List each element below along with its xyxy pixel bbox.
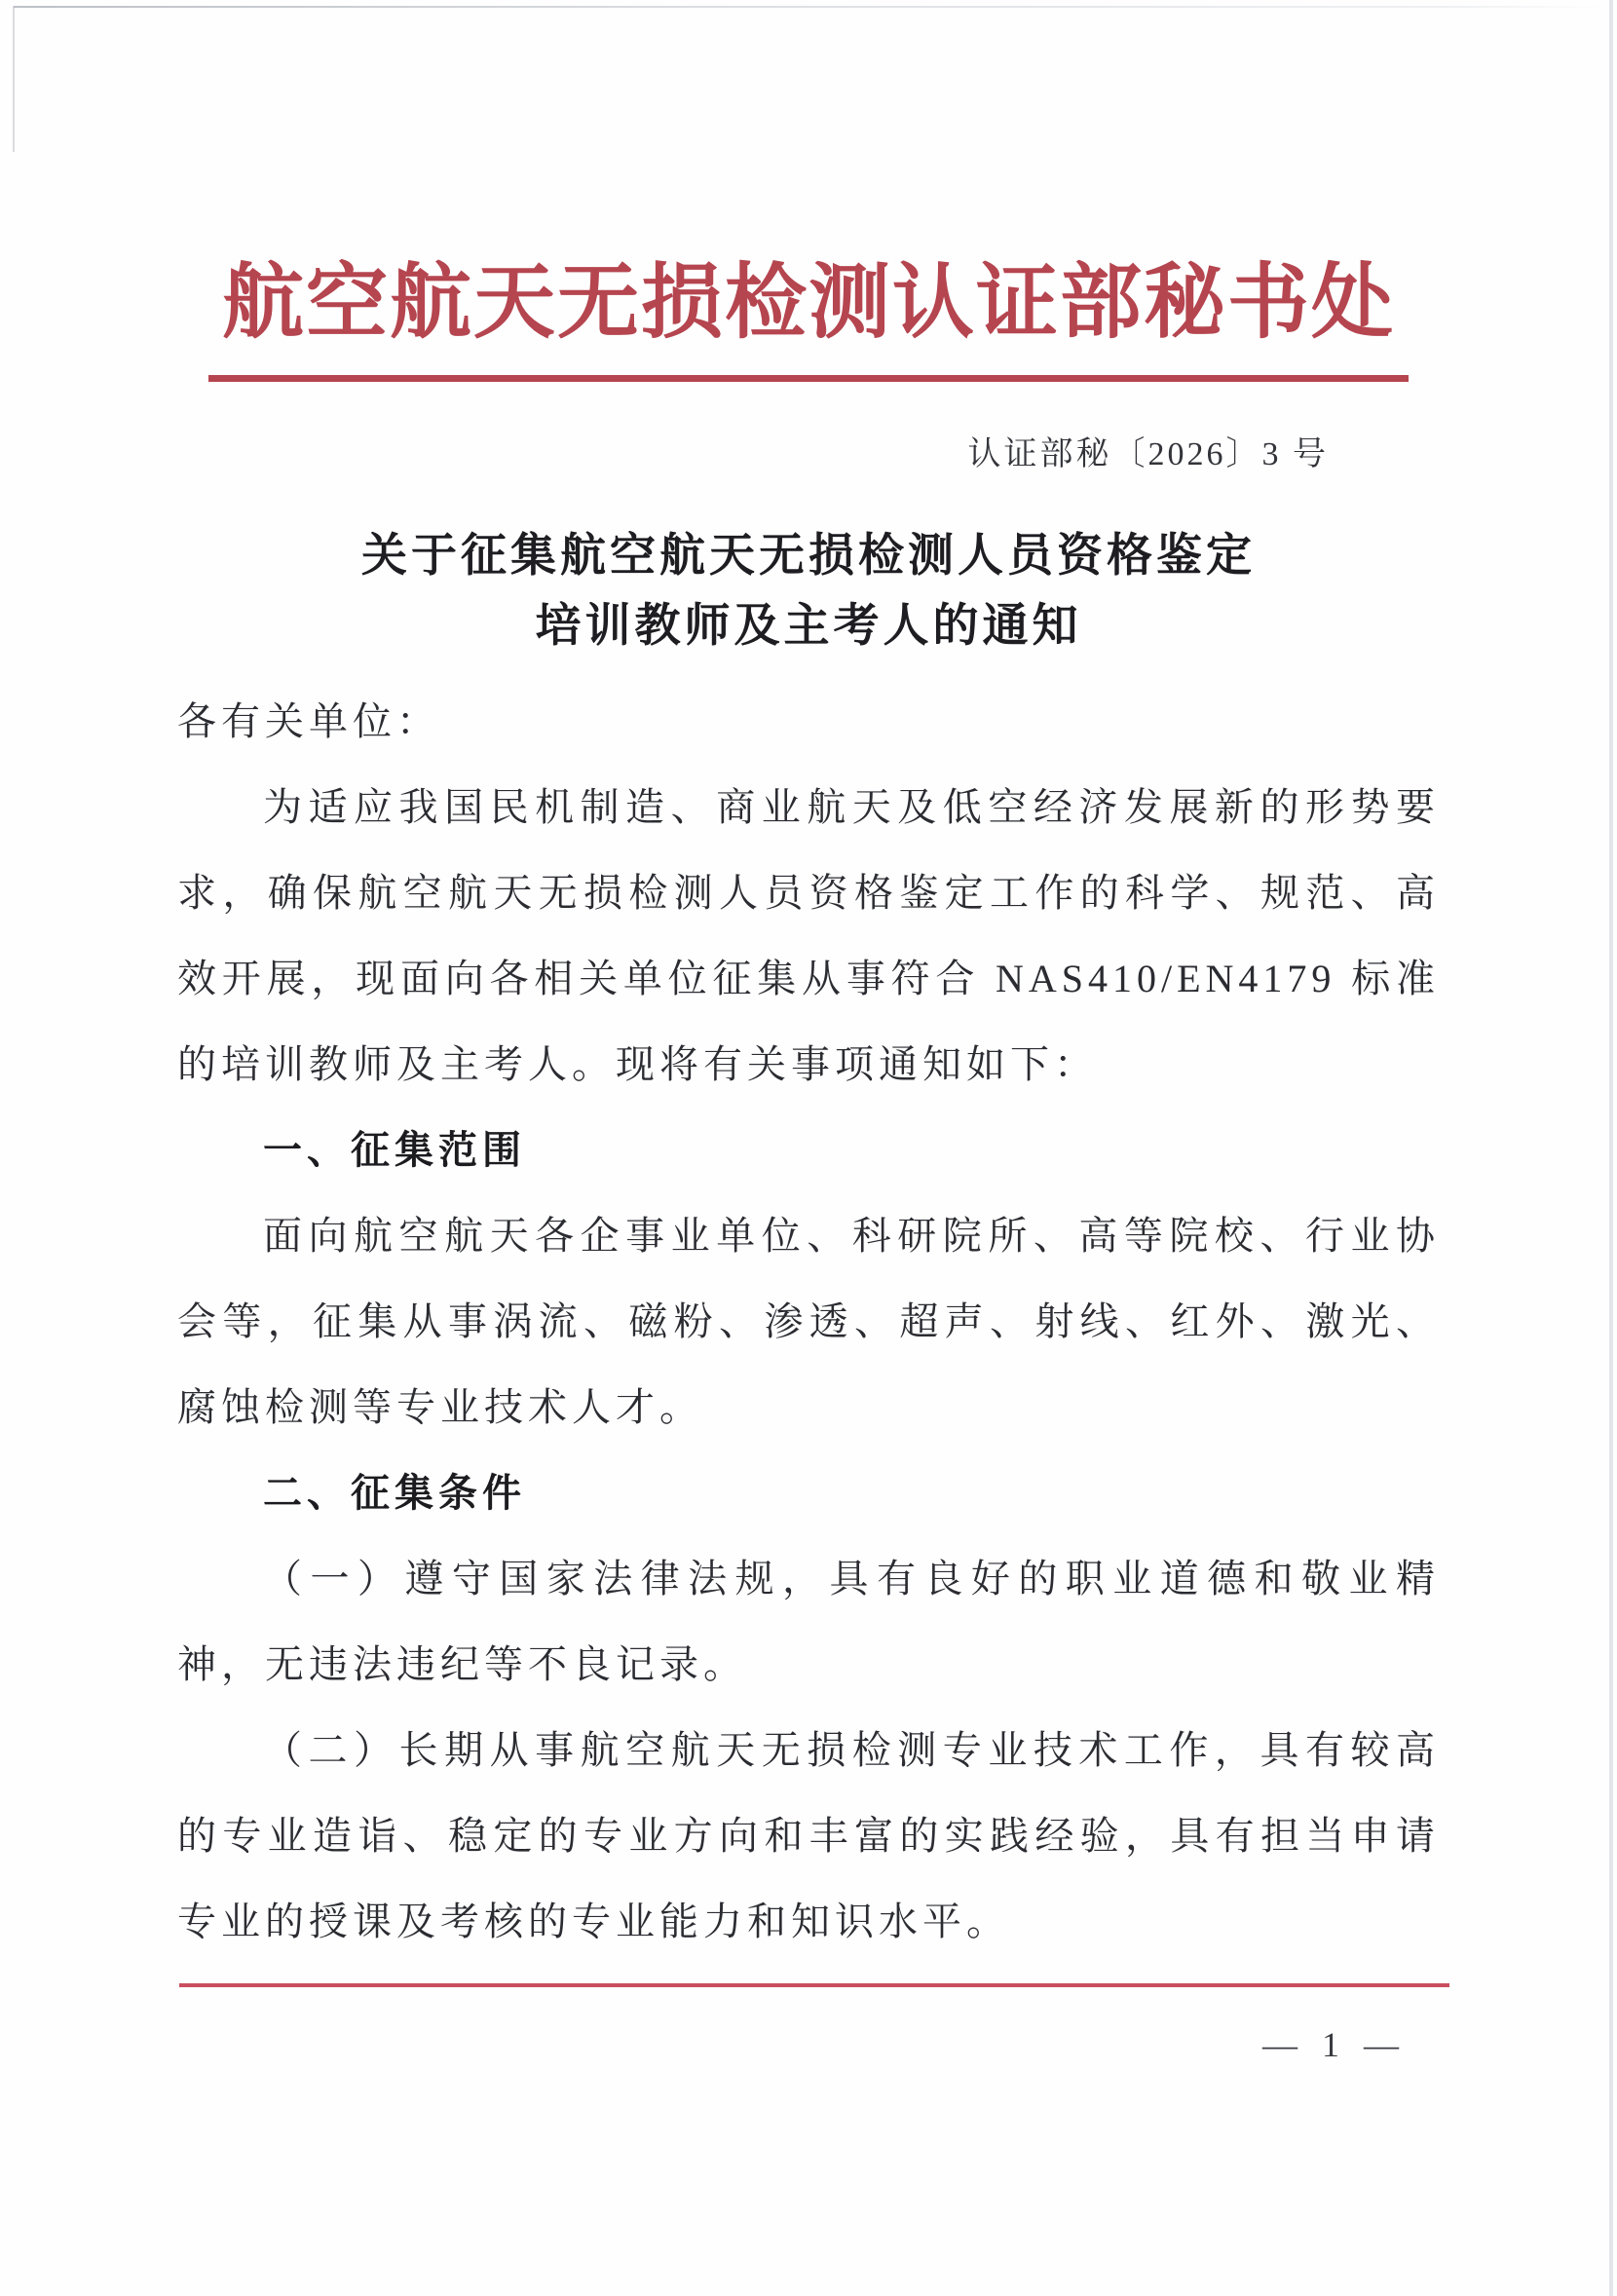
salutation: 各有关单位：: [177, 679, 1440, 765]
document-title: 关于征集航空航天无损检测人员资格鉴定 培训教师及主考人的通知: [0, 521, 1617, 661]
scanned-document: { "accent": { "masthead_red": "#b5454f",…: [0, 0, 1617, 2296]
body-paragraph: 为适应我国民机制造、商业航天及低空经济发展新的形势要求，确保航空航天无损检测人员…: [177, 765, 1440, 1108]
document-page: 航空航天无损检测认证部秘书处 认证部秘〔2026〕3 号 关于征集航空航天无损检…: [0, 0, 1617, 2296]
document-body-blocks: 为适应我国民机制造、商业航天及低空经济发展新的形势要求，确保航空航天无损检测人员…: [177, 765, 1440, 1965]
document-title-line1: 关于征集航空航天无损检测人员资格鉴定: [0, 521, 1617, 591]
scan-edge-artifact-right: [1609, 0, 1613, 2296]
document-reference-number: 认证部秘〔2026〕3 号: [0, 427, 1617, 474]
issuing-authority-masthead: 航空航天无损检测认证部秘书处: [0, 255, 1617, 354]
body-paragraph: （一）遵守国家法律法规，具有良好的职业道德和敬业精神，无违法违纪等不良记录。: [177, 1536, 1440, 1708]
body-paragraph: 面向航空航天各企事业单位、科研院所、高等院校、行业协会等，征集从事涡流、磁粉、渗…: [177, 1193, 1440, 1450]
document-body-text: 各有关单位： 为适应我国民机制造、商业航天及低空经济发展新的形势要求，确保航空航…: [177, 679, 1440, 1965]
scan-edge-artifact-top: [14, 6, 1607, 8]
section-heading: 一、征集范围: [177, 1108, 1440, 1193]
body-paragraph: （二）长期从事航空航天无损检测专业技术工作，具有较高的专业造诣、稳定的专业方向和…: [177, 1708, 1440, 1965]
document-header: 航空航天无损检测认证部秘书处 认证部秘〔2026〕3 号: [0, 255, 1617, 474]
scan-edge-artifact-left: [13, 6, 15, 152]
section-heading: 二、征集条件: [177, 1450, 1440, 1536]
document-title-line2: 培训教师及主考人的通知: [0, 591, 1617, 661]
page-number: — 1 —: [0, 2024, 1617, 2065]
document-main: 关于征集航空航天无损检测人员资格鉴定 培训教师及主考人的通知 各有关单位： 为适…: [0, 521, 1617, 1965]
masthead-divider-rule: [208, 375, 1409, 382]
footer-divider-rule: [179, 1983, 1449, 1987]
